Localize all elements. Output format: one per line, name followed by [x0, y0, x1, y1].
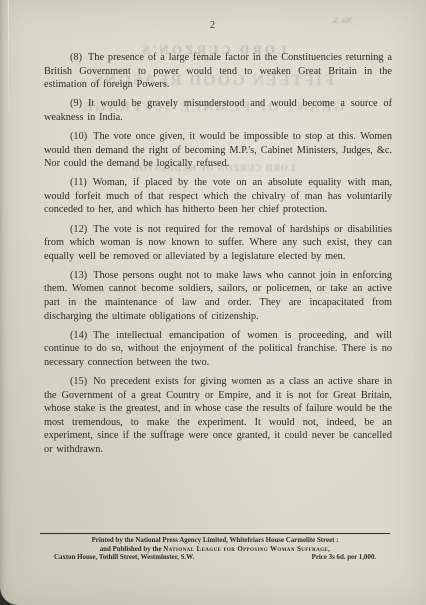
imprint-footer: Printed by the National Press Agency Lim…	[40, 533, 390, 563]
paragraph-number: (10)	[70, 131, 87, 142]
paragraph-number: (11)	[70, 177, 87, 188]
paragraph-text: The presence of a large female factor in…	[44, 52, 392, 90]
paragraph-text: The intellectual emancipation of women i…	[44, 330, 392, 368]
paragraph-text: No precedent exists for giving women as …	[44, 376, 392, 455]
paragraph: (12)The vote is not required for the rem…	[44, 223, 392, 264]
paragraph: (11)Woman, if placed by the vote on an a…	[44, 176, 392, 217]
imprint-price: Price 3s 6d. per 1,000.	[312, 554, 376, 563]
paragraph: (13)Those persons ought not to make laws…	[44, 269, 392, 323]
paragraph: (14)The intellectual emancipation of wom…	[44, 329, 392, 370]
paragraph-number: (8)	[70, 52, 82, 63]
paragraph-text: It would be gravely misunderstood and wo…	[44, 98, 392, 123]
imprint-line-2-prefix: and Published by the	[100, 546, 164, 553]
paragraph: (15)No precedent exists for giving women…	[44, 375, 392, 457]
paragraph-number: (14)	[70, 330, 87, 341]
imprint-address: Caxton House, Tothill Street, Westminste…	[54, 554, 194, 563]
paragraph: (9)It would be gravely misunderstood and…	[44, 97, 392, 124]
paragraph-number: (15)	[70, 376, 87, 387]
paragraph: (8)The presence of a large female factor…	[44, 51, 392, 92]
paragraph-number: (12)	[70, 224, 87, 235]
paragraph-text: The vote once given, it would be impossi…	[44, 131, 392, 169]
body-paragraphs: (8)The presence of a large female factor…	[44, 51, 392, 462]
page-number: 2	[0, 20, 426, 31]
imprint-line-2: and Published by the National League for…	[40, 546, 390, 555]
paragraph-number: (9)	[70, 98, 82, 109]
imprint-publisher-name: National League for Opposing Woman Suffr…	[163, 546, 330, 553]
imprint-line-3: Caxton House, Tothill Street, Westminste…	[40, 554, 390, 563]
imprint-line-1: Printed by the National Press Agency Lim…	[40, 537, 390, 546]
paragraph-number: (13)	[70, 270, 87, 281]
paragraph-text: The vote is not required for the removal…	[44, 224, 392, 262]
scanned-page: No. 5. LORD CURZON'S FIFTEEN GOOD REASON…	[0, 0, 426, 605]
paragraph-text: Woman, if placed by the vote on an absol…	[44, 177, 392, 215]
paragraph: (10)The vote once given, it would be imp…	[44, 130, 392, 171]
paragraph-text: Those persons ought not to make laws who…	[44, 270, 392, 322]
